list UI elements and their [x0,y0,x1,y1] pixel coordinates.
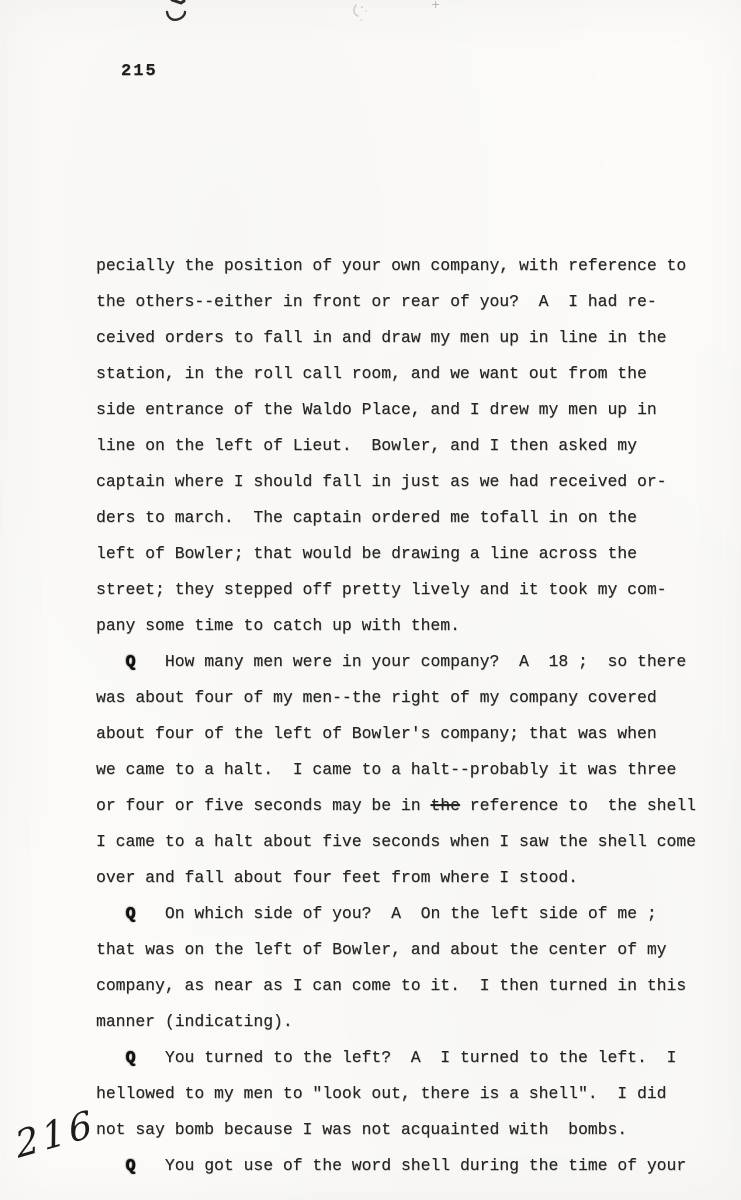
typed-line: left of Bowler; that would be drawing a … [96,536,721,572]
typed-line: pecially the position of your own compan… [96,248,721,284]
question-mark-glyph: Q [126,1048,136,1067]
typed-line: street; they stepped off pretty lively a… [96,572,721,608]
typed-line: about four of the left of Bowler's compa… [96,716,721,752]
struck-through-word: the [430,796,460,815]
typed-line: over and fall about four feet from where… [96,860,721,896]
typed-line: ceived orders to fall in and draw my men… [96,320,721,356]
typed-page-number: 215 [121,62,158,81]
handwritten-page-number: 216 [12,1101,99,1166]
pen-stroke-mark [160,0,200,30]
document-page: + 215 pecially the position of your own … [0,0,741,1200]
typed-line: manner (indicating). [96,1004,721,1040]
typed-line: not say bomb because I was not acquainte… [96,1112,721,1148]
typed-line: or four or five seconds may be in the re… [96,788,721,824]
typed-line: the others--either in front or rear of y… [96,284,721,320]
typed-line: was about four of my men--the right of m… [96,680,721,716]
question-mark-glyph: Q [126,1156,136,1175]
question-mark-glyph: Q [126,904,136,923]
typed-line: hellowed to my men to "look out, there i… [96,1076,721,1112]
typed-line: station, in the roll call room, and we w… [96,356,721,392]
typed-line: I came to a halt about five seconds when… [96,824,721,860]
typed-line: company, as near as I can come to it. I … [96,968,721,1004]
typed-line: line on the left of Lieut. Bowler, and I… [96,428,721,464]
typed-line: Q You got use of the word shell during t… [96,1148,721,1184]
typed-line: Q How many men were in your company? A 1… [96,644,721,680]
corner-plus-mark: + [431,0,440,11]
typed-line: that was on the left of Bowler, and abou… [96,932,721,968]
typed-line: ders to march. The captain ordered me to… [96,500,721,536]
typed-line: side entrance of the Waldo Place, and I … [96,392,721,428]
typed-text-block: pecially the position of your own compan… [96,248,721,1184]
typed-line: pany some time to catch up with them. [96,608,721,644]
question-mark-glyph: Q [126,652,136,671]
typed-line: Q On which side of you? A On the left si… [96,896,721,932]
typed-line: Q You turned to the left? A I turned to … [96,1040,721,1076]
typed-line: we came to a halt. I came to a halt--pro… [96,752,721,788]
typed-line: captain where I should fall in just as w… [96,464,721,500]
ink-smudge-mark [348,1,378,25]
